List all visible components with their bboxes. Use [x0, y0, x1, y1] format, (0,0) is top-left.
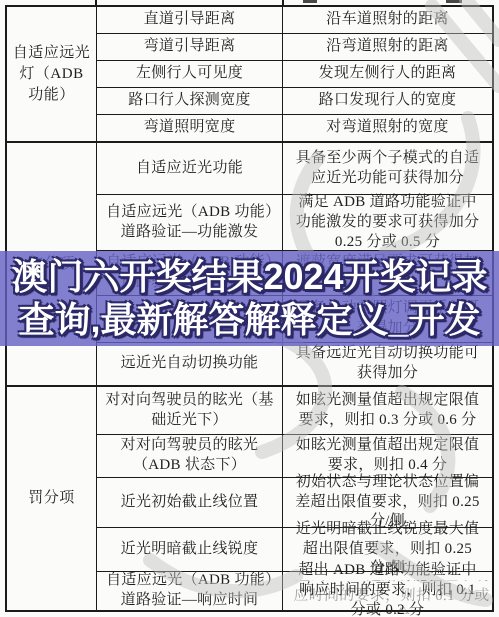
top-cut-text-remnant — [303, 0, 317, 3]
description-cell: 对弯道照射的宽度 — [283, 115, 492, 141]
table-row: 对对向驾驶员的眩光（基础近光下） 如眩光测量值超出规定限值要求，则扣 0.3 分… — [97, 387, 492, 435]
description-cell: 如眩光测量值超出规定限值要求，则扣 0.3 分或 0.6 分 — [283, 387, 492, 434]
table-row: 远近光自动切换功能 具备远近光自动切换功能可获得加分 — [97, 343, 492, 385]
section-label-bonus: 加分项 — [7, 143, 97, 385]
document-page: 自适应远光灯（ADB 功能） 直道引导距离 沿车道照射的距离 弯道引导距离 沿弯… — [0, 0, 499, 617]
description-cell: 具备自动前照灯调平系统可获得加分 — [283, 296, 492, 342]
description-cell: 具备至少两个子模式的自适应近光功能可获得加分 — [283, 143, 492, 194]
table-section-bonus: 加分项 自适应近光功能 具备至少两个子模式的自适应近光功能可获得加分 自适应远光… — [7, 143, 492, 387]
table-row: 自适应近光功能 具备至少两个子模式的自适应近光功能可获得加分 — [97, 143, 492, 195]
description-cell: 沿弯道照射的距离 — [283, 34, 492, 60]
test-item-cell: 路口行人探测宽度 — [97, 88, 283, 114]
test-item-cell: 远近光自动切换功能 — [97, 343, 283, 385]
description-cell: 发现左侧行人的距离 — [283, 61, 492, 87]
table-row: 直道引导距离 沿车道照射的距离 — [97, 7, 492, 34]
test-item-cell: 左侧行人可见度 — [97, 61, 283, 87]
description-cell: 满足 ADB 道路功能验证中功能激发的要求可获得加分 0.25 分或 0.5 分 — [283, 195, 492, 250]
table-row: 具备自动前照灯调平系统可获得加分 — [97, 296, 492, 343]
description-cell: 遮蔽宽度满足要求可获得加分 — [283, 251, 492, 295]
test-item-cell: 自适应远光（ADB 功能）道路验证—功能激发 — [97, 195, 283, 250]
table-row: 弯道照明宽度 对弯道照射的宽度 — [97, 115, 492, 141]
section-label-penalty: 罚分项 — [7, 387, 97, 610]
test-item-cell: 近光明暗截止线锐度 — [97, 528, 283, 571]
test-item-cell: 自适应远光（ADB 功能）道路验证—响应时间 — [97, 572, 283, 610]
table-section-adb: 自适应远光灯（ADB 功能） 直道引导距离 沿车道照射的距离 弯道引导距离 沿弯… — [7, 7, 492, 143]
table-row: 自适应远光（ADB 功能）道路验证—遮蔽宽度 遮蔽宽度满足要求可获得加分 — [97, 251, 492, 296]
top-cut-text-remnant — [446, 0, 462, 3]
description-cell: 沿车道照射的距离 — [283, 7, 492, 33]
table-row: 路口行人探测宽度 路口发现行人的宽度 — [97, 88, 492, 115]
test-item-cell: 弯道照明宽度 — [97, 115, 283, 141]
table-row: 自适应远光（ADB 功能）道路验证—响应时间 超出 ADB 道路功能验证中响应时… — [97, 572, 492, 610]
table-row: 对对向驾驶员的眩光（ADB 状态下） 如眩光测量值超出规定限值要求，则扣 0.4… — [97, 435, 492, 478]
description-cell: 具备远近光自动切换功能可获得加分 — [283, 343, 492, 385]
test-item-cell: 自适应近光功能 — [97, 143, 283, 194]
table-row: 左侧行人可见度 发现左侧行人的距离 — [97, 61, 492, 88]
test-item-cell — [97, 296, 283, 342]
table-section-penalty: 罚分项 对对向驾驶员的眩光（基础近光下） 如眩光测量值超出规定限值要求，则扣 0… — [7, 387, 492, 610]
table-row: 自适应远光（ADB 功能）道路验证—功能激发 满足 ADB 道路功能验证中功能激… — [97, 195, 492, 251]
test-item-cell: 弯道引导距离 — [97, 34, 283, 60]
test-item-cell: 对对向驾驶员的眩光（ADB 状态下） — [97, 435, 283, 477]
test-item-cell: 自适应远光（ADB 功能）道路验证—遮蔽宽度 — [97, 251, 283, 295]
test-item-cell: 对对向驾驶员的眩光（基础近光下） — [97, 387, 283, 434]
description-cell: 路口发现行人的宽度 — [283, 88, 492, 114]
test-item-cell: 直道引导距离 — [97, 7, 283, 33]
table-row: 弯道引导距离 沿弯道照射的距离 — [97, 34, 492, 61]
section-label-adb: 自适应远光灯（ADB 功能） — [7, 7, 97, 141]
test-item-cell: 近光初始截止线位置 — [97, 478, 283, 527]
description-cell: 超出 ADB 道路功能验证中响应时间的要求，则扣 0.1 分或 0.2 分 — [283, 572, 492, 610]
adb-scoring-table: 自适应远光灯（ADB 功能） 直道引导距离 沿车道照射的距离 弯道引导距离 沿弯… — [5, 5, 494, 612]
description-cell: 如眩光测量值超出规定限值要求，则扣 0.4 分 — [283, 435, 492, 477]
